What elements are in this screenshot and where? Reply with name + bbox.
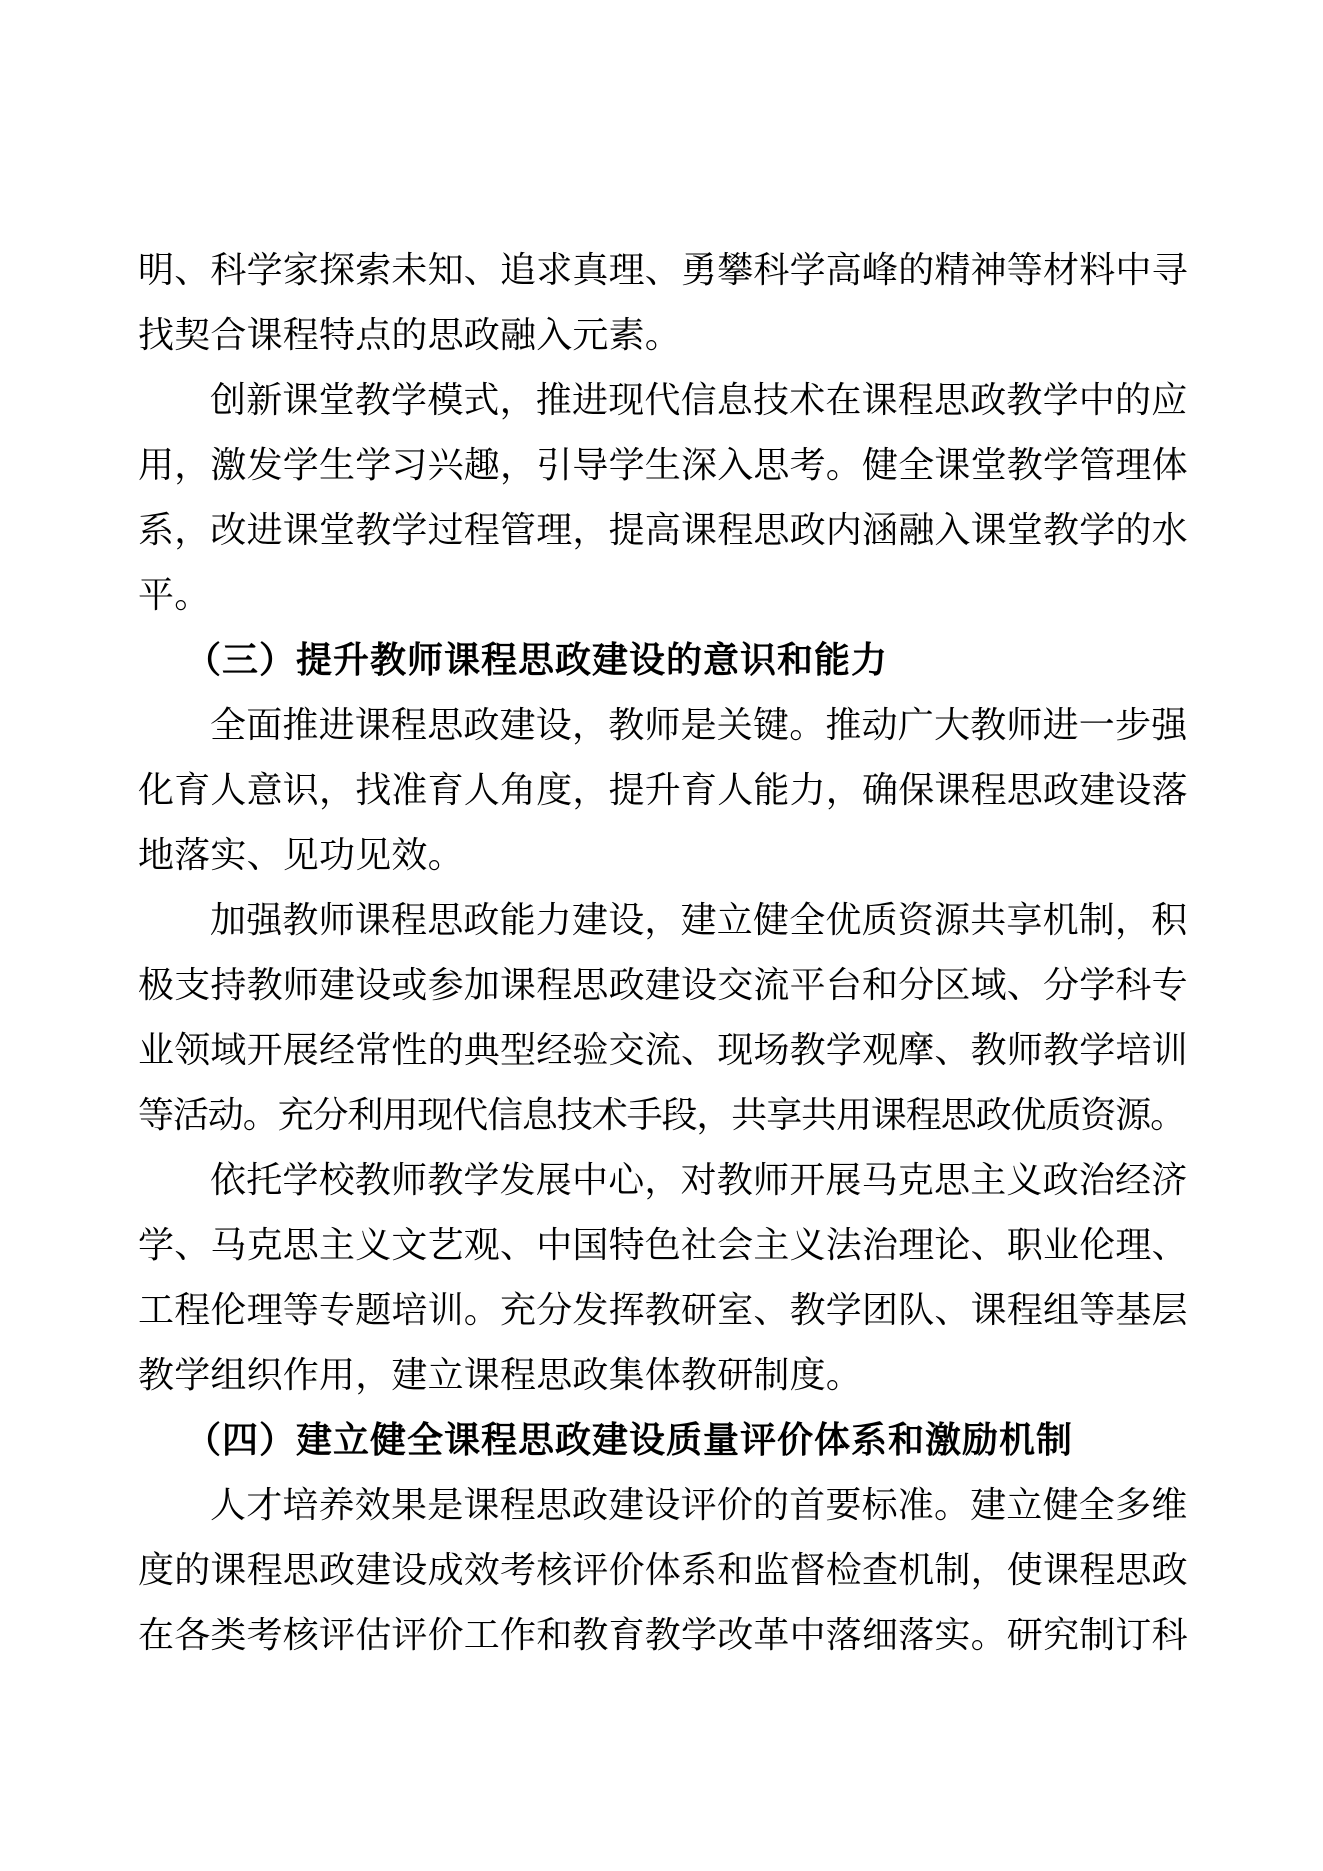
text-line: 学、马克思主义文艺观、中国特色社会主义法治理论、职业伦理、 <box>138 1213 1200 1278</box>
text-line: 地落实、见功见效。 <box>138 823 1200 888</box>
text-line: 教学组织作用，建立课程思政集体教研制度。 <box>138 1343 1200 1408</box>
section-heading: （三）提升教师课程思政建设的意识和能力 <box>138 628 1200 693</box>
text-line: 明、科学家探索未知、追求真理、勇攀科学高峰的精神等材料中寻 <box>138 238 1200 303</box>
text-line: 全面推进课程思政建设，教师是关键。推动广大教师进一步强 <box>138 693 1200 758</box>
document-text: 明、科学家探索未知、追求真理、勇攀科学高峰的精神等材料中寻找契合课程特点的思政融… <box>138 238 1200 1668</box>
document-page: 明、科学家探索未知、追求真理、勇攀科学高峰的精神等材料中寻找契合课程特点的思政融… <box>0 0 1323 1871</box>
text-line: 工程伦理等专题培训。充分发挥教研室、教学团队、课程组等基层 <box>138 1278 1200 1343</box>
text-line: 等活动。充分利用现代信息技术手段，共享共用课程思政优质资源。 <box>138 1083 1200 1148</box>
text-line: 加强教师课程思政能力建设，建立健全优质资源共享机制，积 <box>138 888 1200 953</box>
section-heading: （四）建立健全课程思政建设质量评价体系和激励机制 <box>138 1408 1200 1473</box>
text-line: 极支持教师建设或参加课程思政建设交流平台和分区域、分学科专 <box>138 953 1200 1018</box>
text-line: 度的课程思政建设成效考核评价体系和监督检查机制，使课程思政 <box>138 1538 1200 1603</box>
text-line: 在各类考核评估评价工作和教育教学改革中落细落实。研究制订科 <box>138 1603 1200 1668</box>
text-line: 依托学校教师教学发展中心，对教师开展马克思主义政治经济 <box>138 1148 1200 1213</box>
text-line: 化育人意识，找准育人角度，提升育人能力，确保课程思政建设落 <box>138 758 1200 823</box>
text-line: 系，改进课堂教学过程管理，提高课程思政内涵融入课堂教学的水 <box>138 498 1200 563</box>
text-line: 用，激发学生学习兴趣，引导学生深入思考。健全课堂教学管理体 <box>138 433 1200 498</box>
text-line: 平。 <box>138 563 1200 628</box>
text-line: 人才培养效果是课程思政建设评价的首要标准。建立健全多维 <box>138 1473 1200 1538</box>
text-line: 创新课堂教学模式，推进现代信息技术在课程思政教学中的应 <box>138 368 1200 433</box>
text-line: 业领域开展经常性的典型经验交流、现场教学观摩、教师教学培训 <box>138 1018 1200 1083</box>
text-line: 找契合课程特点的思政融入元素。 <box>138 303 1200 368</box>
